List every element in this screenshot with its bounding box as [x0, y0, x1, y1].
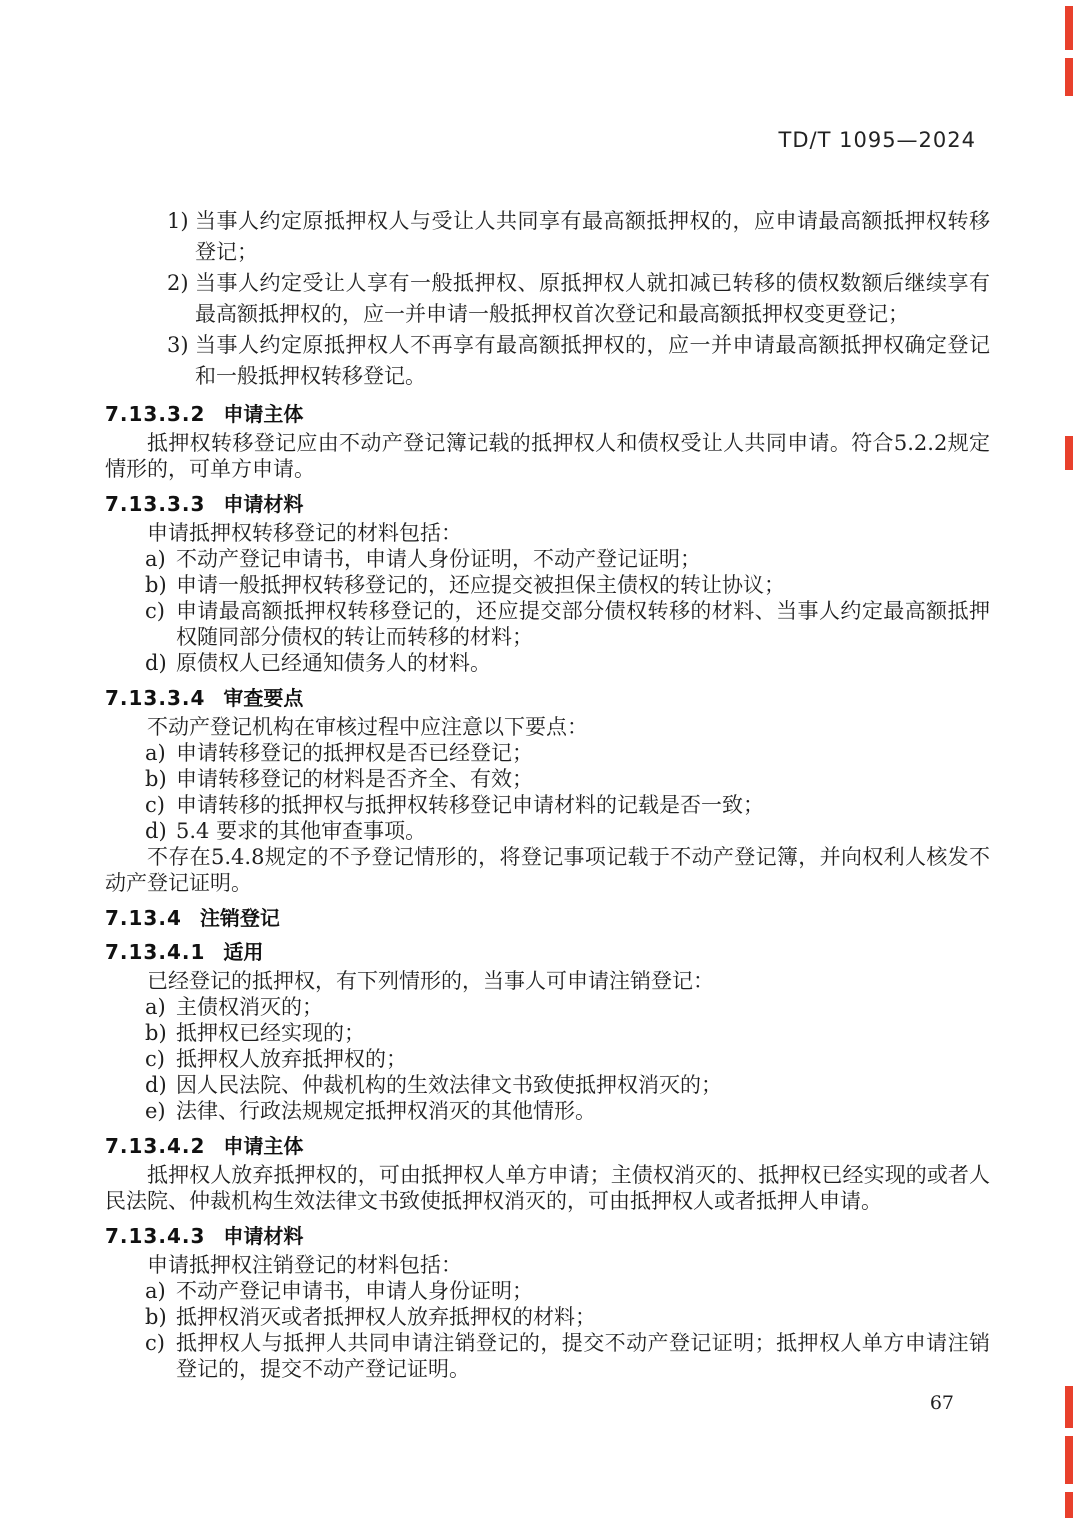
list-item: e) 法律、行政法规规定抵押权消灭的其他情形。	[105, 1098, 990, 1124]
lettered-list: a) 不动产登记申请书，申请人身份证明，不动产登记证明； b) 申请一般抵押权转…	[105, 546, 990, 676]
list-text: 申请转移的抵押权与抵押权转移登记申请材料的记载是否一致；	[176, 793, 764, 817]
section-title: 适用	[223, 940, 263, 964]
paragraph: 不动产登记机构在审核过程中应注意以下要点：	[105, 714, 990, 740]
list-item: d) 原债权人已经通知债务人的材料。	[105, 650, 990, 676]
list-text: 因人民法院、仲裁机构的生效法律文书致使抵押权消灭的；	[176, 1073, 722, 1097]
section-number: 7.13.3.2	[105, 402, 205, 426]
section-heading: 7.13.4.1适用	[105, 940, 990, 964]
list-marker: c)	[145, 1046, 165, 1072]
list-item: 3) 当事人约定原抵押权人不再享有最高额抵押权的，应一并申请最高额抵押权确定登记…	[105, 330, 990, 392]
list-text: 抵押权已经实现的；	[176, 1021, 365, 1045]
list-marker: 3)	[167, 330, 189, 361]
section-number: 7.13.4.2	[105, 1134, 205, 1158]
list-item: b) 申请转移登记的材料是否齐全、有效；	[105, 766, 990, 792]
list-marker: a)	[145, 1278, 166, 1304]
list-text: 申请转移登记的抵押权是否已经登记；	[176, 741, 533, 765]
section-number: 7.13.3.4	[105, 686, 205, 710]
list-item: a) 主债权消灭的；	[105, 994, 990, 1020]
document-page: TD/T 1095—2024 1) 当事人约定原抵押权人与受让人共同享有最高额抵…	[0, 0, 1074, 1520]
list-item: a) 申请转移登记的抵押权是否已经登记；	[105, 740, 990, 766]
section-number: 7.13.3.3	[105, 492, 205, 516]
list-item: b) 申请一般抵押权转移登记的，还应提交被担保主债权的转让协议；	[105, 572, 990, 598]
list-text: 主债权消灭的；	[176, 995, 323, 1019]
section-heading: 7.13.4注销登记	[105, 906, 990, 930]
section-title: 申请材料	[223, 492, 303, 516]
edge-dash-mark	[1065, 6, 1073, 50]
list-text: 当事人约定原抵押权人不再享有最高额抵押权的，应一并申请最高额抵押权确定登记和一般…	[195, 333, 990, 388]
section-number: 7.13.4.3	[105, 1224, 205, 1248]
edge-dash-mark	[1065, 1492, 1073, 1518]
list-marker: 2)	[167, 268, 189, 299]
list-marker: b)	[145, 1020, 167, 1046]
edge-dash-mark	[1065, 1436, 1073, 1484]
list-marker: c)	[145, 792, 165, 818]
section-number: 7.13.4	[105, 906, 182, 930]
list-text: 原债权人已经通知债务人的材料。	[176, 651, 491, 675]
list-marker: a)	[145, 546, 166, 572]
list-item: b) 抵押权消灭或者抵押权人放弃抵押权的材料；	[105, 1304, 990, 1330]
list-marker: a)	[145, 994, 166, 1020]
page-content: 1) 当事人约定原抵押权人与受让人共同享有最高额抵押权的，应申请最高额抵押权转移…	[105, 206, 990, 1382]
numbered-list: 1) 当事人约定原抵押权人与受让人共同享有最高额抵押权的，应申请最高额抵押权转移…	[105, 206, 990, 392]
section-title: 申请材料	[223, 1224, 303, 1248]
section-title: 注销登记	[200, 906, 280, 930]
list-item: c) 申请最高额抵押权转移登记的，还应提交部分债权转移的材料、当事人约定最高额抵…	[105, 598, 990, 650]
list-marker: a)	[145, 740, 166, 766]
list-item: c) 抵押权人放弃抵押权的；	[105, 1046, 990, 1072]
list-item: c) 申请转移的抵押权与抵押权转移登记申请材料的记载是否一致；	[105, 792, 990, 818]
list-item: 1) 当事人约定原抵押权人与受让人共同享有最高额抵押权的，应申请最高额抵押权转移…	[105, 206, 990, 268]
edge-dash-mark	[1065, 436, 1073, 470]
list-item: d) 因人民法院、仲裁机构的生效法律文书致使抵押权消灭的；	[105, 1072, 990, 1098]
list-text: 法律、行政法规规定抵押权消灭的其他情形。	[176, 1099, 596, 1123]
standard-number-header: TD/T 1095—2024	[779, 128, 976, 152]
list-marker: b)	[145, 572, 167, 598]
list-marker: d)	[145, 818, 167, 844]
paragraph: 抵押权人放弃抵押权的，可由抵押权人单方申请；主债权消灭的、抵押权已经实现的或者人…	[105, 1162, 990, 1214]
section-heading: 7.13.4.2申请主体	[105, 1134, 990, 1158]
section-title: 审查要点	[223, 686, 303, 710]
list-marker: c)	[145, 1330, 165, 1356]
section-number: 7.13.4.1	[105, 940, 205, 964]
list-marker: b)	[145, 766, 167, 792]
list-item: c) 抵押权人与抵押人共同申请注销登记的，提交不动产登记证明；抵押权人单方申请注…	[105, 1330, 990, 1382]
list-text: 抵押权消灭或者抵押权人放弃抵押权的材料；	[176, 1305, 596, 1329]
list-text: 5.4 要求的其他审查事项。	[176, 819, 426, 843]
list-marker: e)	[145, 1098, 166, 1124]
list-text: 申请转移登记的材料是否齐全、有效；	[176, 767, 533, 791]
list-text: 当事人约定受让人享有一般抵押权、原抵押权人就扣减已转移的债权数额后继续享有最高额…	[195, 271, 990, 326]
page-edge-marks	[1062, 0, 1074, 1520]
list-item: d) 5.4 要求的其他审查事项。	[105, 818, 990, 844]
section-heading: 7.13.3.4审查要点	[105, 686, 990, 710]
lettered-list: a) 主债权消灭的； b) 抵押权已经实现的； c) 抵押权人放弃抵押权的； d…	[105, 994, 990, 1124]
list-text: 抵押权人放弃抵押权的；	[176, 1047, 407, 1071]
list-text: 不动产登记申请书，申请人身份证明；	[176, 1279, 533, 1303]
paragraph: 已经登记的抵押权，有下列情形的，当事人可申请注销登记：	[105, 968, 990, 994]
page-number: 67	[930, 1392, 954, 1414]
list-text: 申请最高额抵押权转移登记的，还应提交部分债权转移的材料、当事人约定最高额抵押权随…	[176, 599, 990, 649]
paragraph: 不存在5.4.8规定的不予登记情形的，将登记事项记载于不动产登记簿，并向权利人核…	[105, 844, 990, 896]
section-title: 申请主体	[223, 402, 303, 426]
section-heading: 7.13.3.2申请主体	[105, 402, 990, 426]
lettered-list: a) 不动产登记申请书，申请人身份证明； b) 抵押权消灭或者抵押权人放弃抵押权…	[105, 1278, 990, 1382]
list-item: a) 不动产登记申请书，申请人身份证明；	[105, 1278, 990, 1304]
section-heading: 7.13.4.3申请材料	[105, 1224, 990, 1248]
list-item: 2) 当事人约定受让人享有一般抵押权、原抵押权人就扣减已转移的债权数额后继续享有…	[105, 268, 990, 330]
list-marker: 1)	[167, 206, 189, 237]
list-text: 不动产登记申请书，申请人身份证明，不动产登记证明；	[176, 547, 701, 571]
paragraph: 申请抵押权注销登记的材料包括：	[105, 1252, 990, 1278]
lettered-list: a) 申请转移登记的抵押权是否已经登记； b) 申请转移登记的材料是否齐全、有效…	[105, 740, 990, 844]
section-title: 申请主体	[223, 1134, 303, 1158]
paragraph: 抵押权转移登记应由不动产登记簿记载的抵押权人和债权受让人共同申请。符合5.2.2…	[105, 430, 990, 482]
list-text: 当事人约定原抵押权人与受让人共同享有最高额抵押权的，应申请最高额抵押权转移登记；	[195, 209, 990, 264]
edge-dash-mark	[1065, 1386, 1073, 1428]
edge-dash-mark	[1065, 58, 1073, 96]
list-text: 抵押权人与抵押人共同申请注销登记的，提交不动产登记证明；抵押权人单方申请注销登记…	[176, 1331, 990, 1381]
list-marker: b)	[145, 1304, 167, 1330]
list-item: b) 抵押权已经实现的；	[105, 1020, 990, 1046]
paragraph: 申请抵押权转移登记的材料包括：	[105, 520, 990, 546]
section-heading: 7.13.3.3申请材料	[105, 492, 990, 516]
list-item: a) 不动产登记申请书，申请人身份证明，不动产登记证明；	[105, 546, 990, 572]
list-marker: d)	[145, 650, 167, 676]
list-text: 申请一般抵押权转移登记的，还应提交被担保主债权的转让协议；	[176, 573, 785, 597]
list-marker: d)	[145, 1072, 167, 1098]
list-marker: c)	[145, 598, 165, 624]
